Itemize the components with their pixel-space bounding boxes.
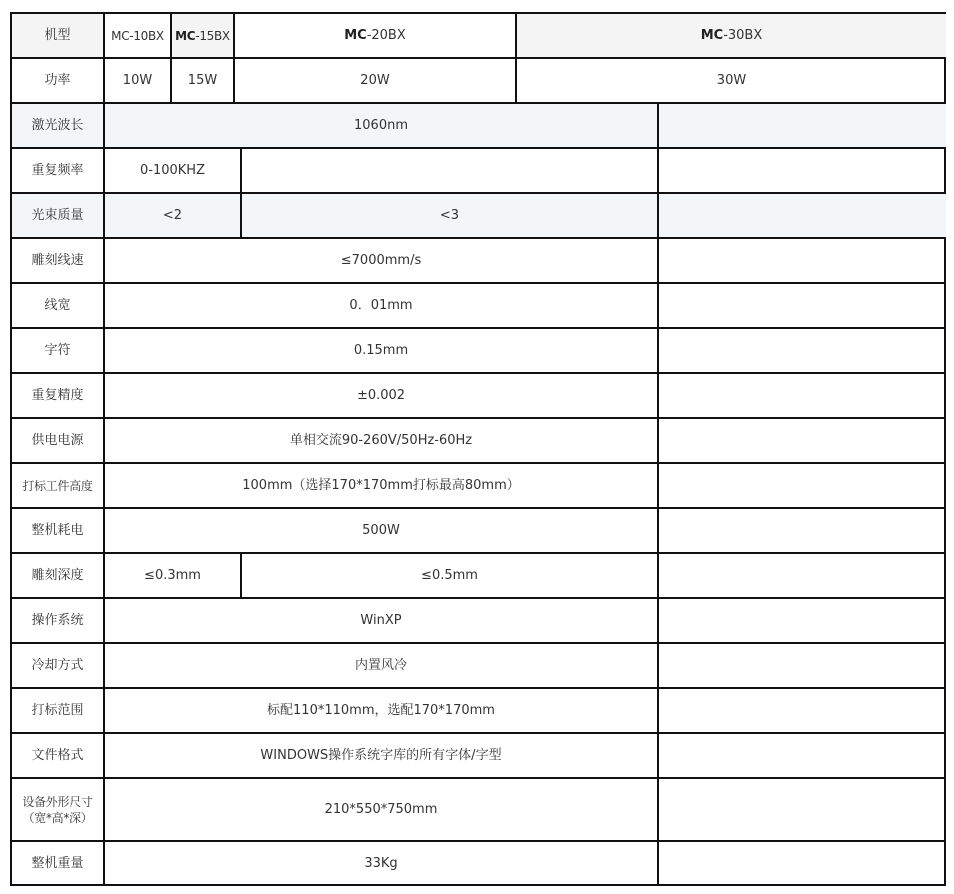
row-label: 操作系统 [12, 599, 105, 644]
row-label: 重复频率 [12, 149, 105, 194]
row-label: 整机重量 [12, 842, 105, 886]
value-cell: 单相交流90-260V/50Hz-60Hz [105, 419, 659, 464]
row-label: 线宽 [12, 284, 105, 329]
row-label-text: 雕刻线速 [31, 253, 83, 269]
model-prefix: MC [175, 29, 195, 43]
empty-cell [659, 329, 946, 374]
empty-cell [659, 464, 946, 509]
row-label-text: 文件格式 [31, 748, 83, 764]
row-label: 雕刻线速 [12, 239, 105, 284]
cell-value: 标配110*110mm，选配170*170mm [267, 703, 495, 719]
model-name: MC-10BX [111, 28, 164, 44]
value-cell: 20W [235, 59, 517, 104]
row-label: 设备外形尺寸 （宽*高*深） [12, 779, 105, 842]
model-prefix: MC [701, 28, 723, 43]
value-cell: ≤0.5mm [242, 554, 659, 599]
model-cell-30: MC-30BX [517, 14, 946, 59]
cell-value: 100mm（选择170*170mm打标最高80mm） [242, 478, 519, 494]
row-label-text: 操作系统 [31, 613, 83, 629]
cell-value: 30W [717, 73, 746, 89]
row-label-text: 冷却方式 [31, 658, 83, 674]
cell-value: 单相交流90-260V/50Hz-60Hz [290, 433, 472, 449]
empty-cell [659, 734, 946, 779]
cell-value: <2 [163, 208, 182, 224]
cell-value: WINDOWS操作系统字库的所有字体/字型 [260, 748, 501, 764]
row-label: 激光波长 [12, 104, 105, 149]
cell-value: 1060nm [354, 118, 408, 134]
row-label-text: 整机重量 [31, 856, 83, 872]
row-label: 光束质量 [12, 194, 105, 239]
empty-cell [659, 554, 946, 599]
row-label-text: 雕刻深度 [31, 568, 83, 584]
model-prefix: MC [344, 28, 366, 43]
row-label: 供电电源 [12, 419, 105, 464]
row-label-text: 整机耗电 [31, 523, 83, 539]
cell-value: 210*550*750mm [325, 802, 438, 818]
empty-cell [242, 149, 659, 194]
value-cell: <2 [105, 194, 242, 239]
value-cell: ±0.002 [105, 374, 659, 419]
value-cell: 1060nm [105, 104, 659, 149]
cell-value: ≤0.3mm [144, 568, 201, 584]
cell-value: 内置风冷 [355, 658, 407, 674]
row-label: 打标范围 [12, 689, 105, 734]
empty-cell [659, 599, 946, 644]
model-name: -15BX [195, 29, 230, 43]
row-label-text: 打标范围 [31, 703, 83, 719]
row-label-text: 光束质量 [31, 208, 83, 224]
row-label: 字符 [12, 329, 105, 374]
model-cell-10: MC-10BX [105, 14, 172, 59]
row-label-power: 功率 [12, 59, 105, 104]
row-label: 打标工件高度 [12, 464, 105, 509]
model-name: -30BX [723, 28, 762, 43]
row-label-text: 打标工件高度 [22, 478, 92, 494]
spec-table: 机型 MC-10BX MC-15BX MC-20BX MC-30BX 功率 10… [10, 12, 946, 886]
row-label: 文件格式 [12, 734, 105, 779]
cell-value: 20W [360, 73, 389, 89]
row-label-text: 字符 [44, 343, 70, 359]
cell-value: ≤0.5mm [421, 568, 478, 584]
cell-value: ≤7000mm/s [341, 253, 421, 269]
empty-cell [659, 104, 946, 149]
empty-cell [659, 239, 946, 284]
row-label: 整机耗电 [12, 509, 105, 554]
value-cell: ≤7000mm/s [105, 239, 659, 284]
row-label-text: 线宽 [44, 298, 70, 314]
header-label-cell: 机型 [12, 14, 105, 59]
value-cell: 10W [105, 59, 172, 104]
cell-value: <3 [440, 208, 459, 224]
empty-cell [659, 779, 946, 842]
empty-cell [659, 644, 946, 689]
empty-cell [659, 842, 946, 886]
cell-value: 0．01mm [349, 298, 412, 314]
cell-value: 0.15mm [354, 343, 408, 359]
empty-cell [659, 374, 946, 419]
row-label-text: 重复频率 [31, 163, 83, 179]
row-label: 雕刻深度 [12, 554, 105, 599]
row-label-text: 重复精度 [31, 388, 83, 404]
row-label-text: 设备外形尺寸 [22, 794, 92, 810]
cell-value: 15W [188, 73, 217, 89]
value-cell: 内置风冷 [105, 644, 659, 689]
cell-value: ±0.002 [357, 388, 405, 404]
value-cell: 210*550*750mm [105, 779, 659, 842]
value-cell: ≤0.3mm [105, 554, 242, 599]
value-cell: 500W [105, 509, 659, 554]
value-cell: 0.15mm [105, 329, 659, 374]
row-label: 功率 [44, 73, 70, 89]
value-cell: 0．01mm [105, 284, 659, 329]
empty-cell [659, 689, 946, 734]
empty-cell [659, 419, 946, 464]
value-cell: WINDOWS操作系统字库的所有字体/字型 [105, 734, 659, 779]
empty-cell [659, 509, 946, 554]
cell-value: 33Kg [364, 856, 397, 872]
header-label: 机型 [44, 28, 70, 44]
value-cell: 标配110*110mm，选配170*170mm [105, 689, 659, 734]
value-cell: 0-100KHZ [105, 149, 242, 194]
cell-value: WinXP [360, 613, 401, 629]
row-label-text: 供电电源 [31, 433, 83, 449]
model-cell-20: MC-20BX [235, 14, 517, 59]
empty-cell [659, 284, 946, 329]
row-label-text: 激光波长 [31, 118, 83, 134]
value-cell: 30W [517, 59, 946, 104]
value-cell: 15W [172, 59, 235, 104]
model-name: -20BX [367, 28, 406, 43]
value-cell: WinXP [105, 599, 659, 644]
cell-value: 10W [123, 73, 152, 89]
value-cell: 33Kg [105, 842, 659, 886]
cell-value: 0-100KHZ [140, 163, 205, 179]
cell-value: 500W [362, 523, 400, 539]
model-cell-15: MC-15BX [172, 14, 235, 59]
row-label: 冷却方式 [12, 644, 105, 689]
empty-cell [659, 194, 946, 239]
value-cell: 100mm（选择170*170mm打标最高80mm） [105, 464, 659, 509]
empty-cell [659, 149, 946, 194]
row-label: 重复精度 [12, 374, 105, 419]
value-cell: <3 [242, 194, 659, 239]
row-label-subtext: （宽*高*深） [23, 810, 93, 826]
